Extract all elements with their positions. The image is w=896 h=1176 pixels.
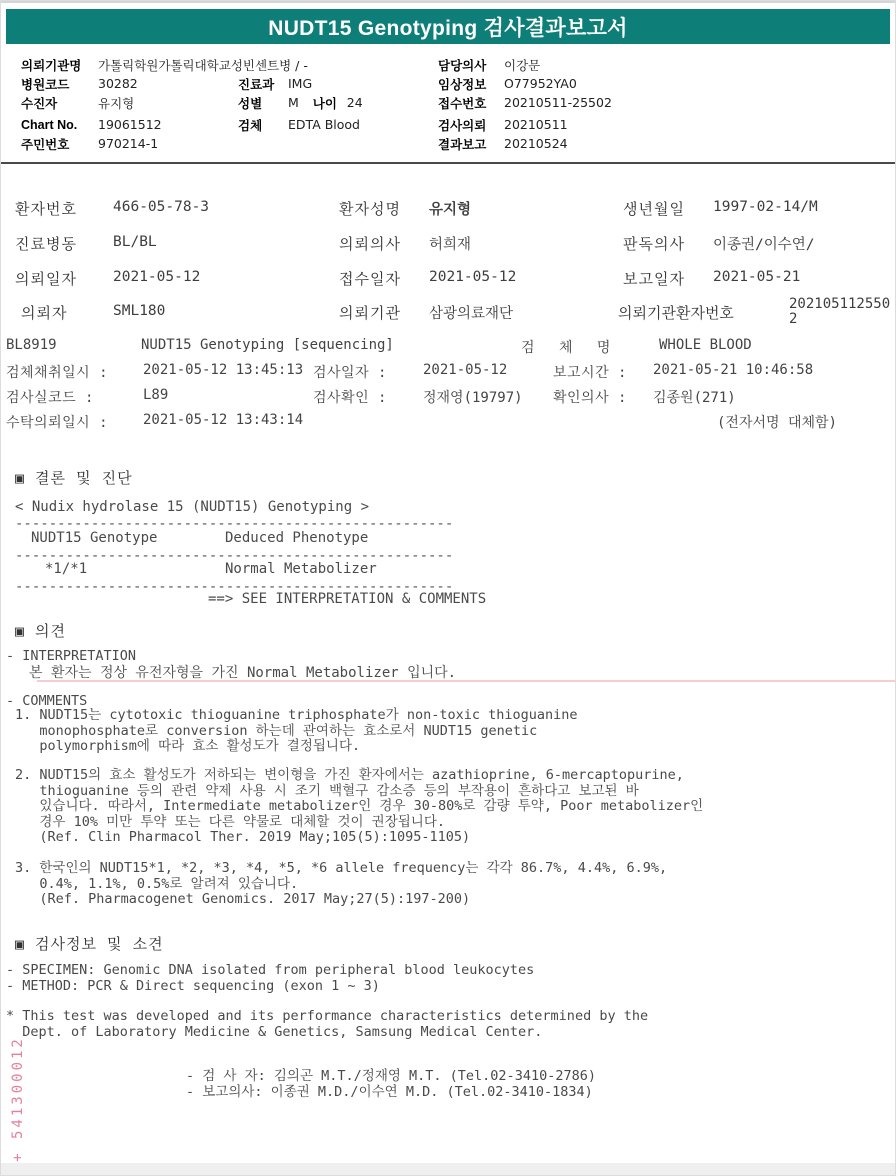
field-label: 결과보고 xyxy=(438,135,504,153)
patient-label: 환자성명 xyxy=(339,198,401,219)
field-label: 임상정보 xyxy=(438,75,504,93)
test-field-value: 김종원(271) xyxy=(653,387,736,407)
field-value: 30282 xyxy=(98,76,138,91)
patient-label: 의뢰일자 xyxy=(15,268,77,289)
test-field-value: 2021-05-21 10:46:58 xyxy=(653,362,813,378)
field-label: 진료과 xyxy=(238,75,288,93)
report-page: NUDT15 Genotyping 검사결과보고서 의뢰기관명 가톨릭학원가톨릭… xyxy=(0,0,896,1176)
patient-value: 1997-02-14/M xyxy=(713,199,818,215)
patient-label: 생년월일 xyxy=(623,198,685,219)
patient-label: 판독의사 xyxy=(623,233,685,254)
test-field-label: 검사실코드 : xyxy=(6,387,94,407)
field-label: 주민번호 xyxy=(21,135,98,153)
field-value: 유지형 xyxy=(98,94,134,112)
specimen-value: WHOLE BLOOD xyxy=(659,337,752,353)
patient-label: 보고일자 xyxy=(623,268,685,289)
phenotype-column-header: Deduced Phenotype xyxy=(225,530,368,546)
page-top-border xyxy=(1,1,895,3)
patient-value: 삼광의료재단 xyxy=(429,302,513,323)
header-info-right: 담당의사 이강문 임상정보 O77952YA0 접수번호 20210511-25… xyxy=(438,55,768,153)
electronic-signature-note: (전자서명 대체함) xyxy=(717,412,837,432)
test-field-label: 검사일자 : xyxy=(313,362,387,382)
field-value: 20210511 xyxy=(504,117,568,132)
field-value: 19061512 xyxy=(98,117,162,132)
header-row: 검체 EDTA Blood xyxy=(238,115,438,134)
field-label: 접수번호 xyxy=(438,94,504,112)
test-field-label: 검체채취일시 : xyxy=(6,362,108,382)
test-field-value: 2021-05-12 13:45:13 xyxy=(143,362,303,378)
header-row: 결과보고 20210524 xyxy=(438,134,768,153)
test-field-value: 정재영(19797) xyxy=(423,387,523,407)
patient-value: 2021-05-12 xyxy=(429,269,516,285)
page-bottom-band xyxy=(1,1163,895,1176)
header-row: 접수번호 20210511-25502 xyxy=(438,93,768,112)
conclusion-subtitle: < Nudix hydrolase 15 (NUDT15) Genotyping… xyxy=(15,499,369,515)
field-value: 24 xyxy=(347,95,363,110)
patient-value: 2021-05-21 xyxy=(713,269,800,285)
phenotype-value: Normal Metabolizer xyxy=(225,561,377,577)
test-code: BL8919 xyxy=(6,337,57,353)
genotype-column-header: NUDT15 Genotype xyxy=(31,530,157,546)
patient-value: 2021-05-12 xyxy=(113,269,200,285)
field-value: 970214-1 xyxy=(98,136,158,151)
see-interpretation-note: ==> SEE INTERPRETATION & COMMENTS xyxy=(208,591,486,607)
field-value: EDTA Blood xyxy=(288,117,360,132)
field-value: 이강문 xyxy=(504,56,540,74)
field-label: 담당의사 xyxy=(438,56,504,74)
test-field-label: 수탁의뢰일시 : xyxy=(6,412,108,432)
scan-artifact-line xyxy=(37,680,895,682)
specimen-label: 검 체 명 xyxy=(521,337,618,357)
patient-label: 진료병동 xyxy=(15,233,77,254)
header-row: 검사의뢰 20210511 xyxy=(438,115,768,134)
header-row: 담당의사 이강문 xyxy=(438,55,768,74)
patient-value: 2021051125502 xyxy=(789,297,895,327)
patient-label: 의뢰자 xyxy=(21,302,67,323)
test-disclaimer: * This test was developed and its perfor… xyxy=(6,1009,648,1040)
test-field-label: 보고시간 : xyxy=(553,362,627,382)
test-field-label: 검사확인 : xyxy=(313,387,387,407)
field-value: 20210524 xyxy=(504,136,568,151)
genotype-value: *1/*1 xyxy=(45,561,87,577)
field-label: 성별 xyxy=(238,94,288,112)
patient-value: 허희재 xyxy=(429,233,471,254)
field-label: 검체 xyxy=(238,116,288,134)
patient-value: 유지형 xyxy=(429,198,471,219)
patient-label: 의뢰기관환자번호 xyxy=(618,302,734,323)
field-label: Chart No. xyxy=(21,118,98,132)
field-value: O77952YA0 xyxy=(504,76,577,91)
test-field-label: 확인의사 : xyxy=(553,387,627,407)
header-row: 주민번호 970214-1 xyxy=(21,134,381,153)
header-divider-rule xyxy=(1,162,895,164)
test-name: NUDT15 Genotyping [sequencing] xyxy=(141,337,394,353)
report-title: NUDT15 Genotyping 검사결과보고서 xyxy=(268,12,628,42)
patient-value: SML180 xyxy=(113,303,165,319)
side-barcode-number: + 541300012 xyxy=(10,1024,26,1174)
test-field-value: 2021-05-12 xyxy=(423,362,507,378)
field-label: 의뢰기관명 xyxy=(21,56,98,74)
patient-label: 의뢰기관 xyxy=(339,302,401,323)
header-row: 의뢰기관명 가톨릭학원가톨릭대학교성빈센트병 / - xyxy=(21,55,381,74)
field-value: IMG xyxy=(288,76,312,91)
comment-item: 3. 한국인의 NUDT15*1, *2, *3, *4, *5, *6 all… xyxy=(15,861,667,908)
field-value: M xyxy=(288,95,299,110)
patient-value: 이종권/이수연/ xyxy=(713,233,815,254)
test-field-value: L89 xyxy=(143,387,168,403)
patient-label: 환자번호 xyxy=(15,198,77,219)
header-row: 임상정보 O77952YA0 xyxy=(438,74,768,93)
field-value: 가톨릭학원가톨릭대학교성빈센트병 / - xyxy=(98,56,308,74)
header-row: 성별 M 나이 24 xyxy=(238,93,438,112)
specimen-method-lines: - SPECIMEN: Genomic DNA isolated from pe… xyxy=(6,963,534,994)
patient-label: 의뢰의사 xyxy=(339,233,401,254)
patient-value: BL/BL xyxy=(113,234,157,250)
test-info-heading: ▣ 검사정보 및 소견 xyxy=(15,933,164,954)
footer-staff-lines: - 검 사 자: 김의곤 M.T./정재영 M.T. (Tel.02-3410-… xyxy=(186,1069,596,1100)
opinion-heading: ▣ 의견 xyxy=(15,620,66,641)
comment-item: 2. NUDT15의 효소 활성도가 저하되는 변이형을 가진 환자에서는 az… xyxy=(15,768,703,846)
patient-value: 466-05-78-3 xyxy=(113,199,209,215)
dashed-divider: ----------------------------------------… xyxy=(15,518,459,530)
test-field-value: 2021-05-12 13:43:14 xyxy=(143,412,303,428)
field-value: 20210511-25502 xyxy=(504,95,612,110)
field-label: 수진자 xyxy=(21,94,98,112)
field-label: 검사의뢰 xyxy=(438,116,504,134)
patient-label: 접수일자 xyxy=(339,268,401,289)
header-row: 진료과 IMG xyxy=(238,74,438,93)
conclusion-heading: ▣ 결론 및 진단 xyxy=(15,467,133,488)
field-label: 병원코드 xyxy=(21,75,98,93)
interpretation-body: 본 환자는 정상 유전자형을 가진 Normal Metabolizer 입니다… xyxy=(29,662,456,682)
header-info-middle: 진료과 IMG 성별 M 나이 24 검체 EDTA Blood xyxy=(238,74,438,134)
comment-item: 1. NUDT15는 cytotoxic thioguanine triphos… xyxy=(15,708,578,755)
report-title-band: NUDT15 Genotyping 검사결과보고서 xyxy=(6,9,890,44)
field-label: 나이 xyxy=(313,94,347,112)
